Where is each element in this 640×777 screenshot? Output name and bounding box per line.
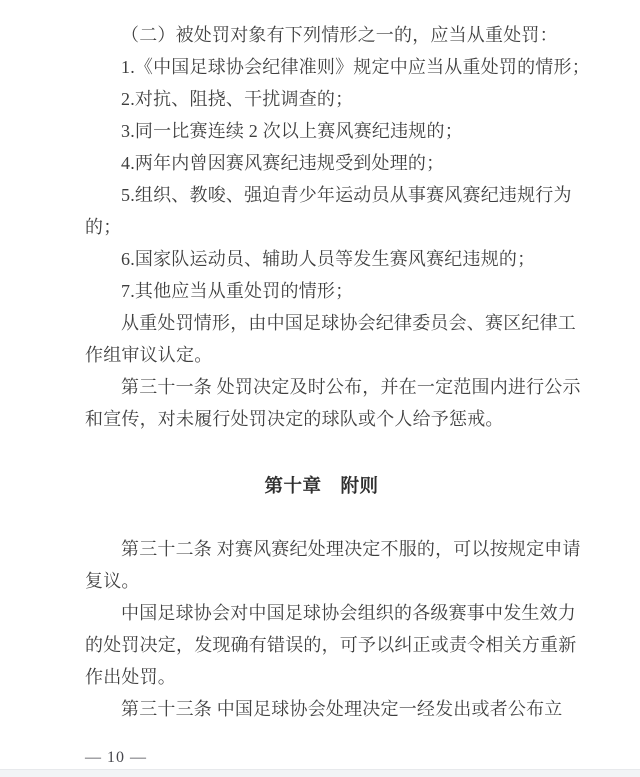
doc-line: 7.其他应当从重处罚的情形；	[85, 275, 558, 307]
doc-line: 和宣传，对未履行处罚决定的球队或个人给予惩戒。	[85, 403, 558, 435]
body-text: （二）被处罚对象有下列情形之一的，应当从重处罚： 1.《中国足球协会纪律准则》规…	[85, 19, 558, 725]
chapter-heading: 第十章 附则	[85, 471, 558, 503]
doc-line: 6.国家队运动员、辅助人员等发生赛风赛纪违规的；	[85, 243, 558, 275]
doc-line: 第三十三条 中国足球协会处理决定一经发出或者公布立	[85, 693, 558, 725]
page-number: — 10 —	[85, 749, 147, 767]
doc-line: 从重处罚情形，由中国足球协会纪律委员会、赛区纪律工	[85, 307, 558, 339]
doc-line: 作组审议认定。	[85, 339, 558, 371]
doc-line: 1.《中国足球协会纪律准则》规定中应当从重处罚的情形；	[85, 51, 558, 83]
doc-line: 4.两年内曾因赛风赛纪违规受到处理的；	[85, 147, 558, 179]
document-page: （二）被处罚对象有下列情形之一的，应当从重处罚： 1.《中国足球协会纪律准则》规…	[0, 0, 640, 777]
doc-line: 作出处罚。	[85, 661, 558, 693]
doc-line: 第三十二条 对赛风赛纪处理决定不服的，可以按规定申请	[85, 533, 558, 565]
doc-line: 2.对抗、阻挠、干扰调查的；	[85, 83, 558, 115]
doc-line: 复议。	[85, 565, 558, 597]
doc-line: 5.组织、教唆、强迫青少年运动员从事赛风赛纪违规行为	[85, 179, 558, 211]
bottom-strip	[0, 769, 640, 777]
doc-line: （二）被处罚对象有下列情形之一的，应当从重处罚：	[85, 19, 558, 51]
doc-line: 第三十一条 处罚决定及时公布，并在一定范围内进行公示	[85, 371, 558, 403]
doc-line: 的；	[85, 211, 558, 243]
doc-line: 中国足球协会对中国足球协会组织的各级赛事中发生效力	[85, 597, 558, 629]
doc-line: 3.同一比赛连续 2 次以上赛风赛纪违规的；	[85, 115, 558, 147]
doc-line: 的处罚决定，发现确有错误的，可予以纠正或责令相关方重新	[85, 629, 558, 661]
